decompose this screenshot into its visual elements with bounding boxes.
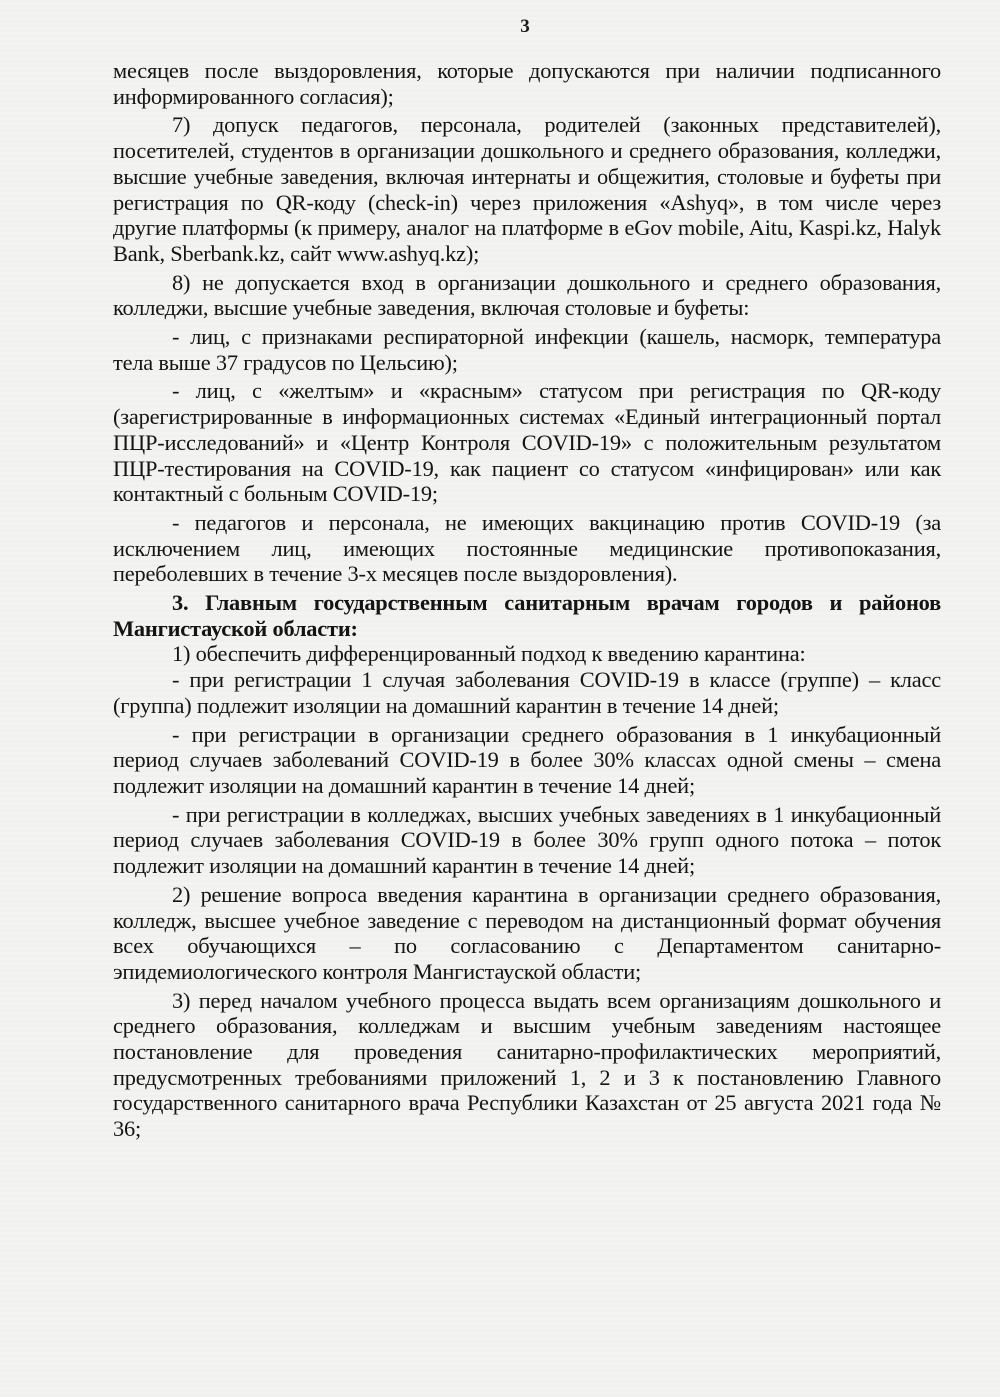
document-body: месяцев после выздоровления, которые доп… xyxy=(113,58,941,1142)
scanned-page: 3 месяцев после выздоровления, которые д… xyxy=(0,0,1000,1397)
section-3-item-1-class: - при регистрации 1 случая заболевания C… xyxy=(113,667,941,718)
page-number: 3 xyxy=(0,16,1000,38)
section-3-item-3: 3) перед началом учебного процесса выдат… xyxy=(113,988,941,1142)
list-item-8-qr-status: - лиц, с «желтым» и «красным» статусом п… xyxy=(113,378,941,507)
list-item-8-respiratory: - лиц, с признаками респираторной инфекц… xyxy=(113,324,941,375)
section-3-item-2: 2) решение вопроса введения карантина в … xyxy=(113,882,941,985)
paragraph-continued: месяцев после выздоровления, которые доп… xyxy=(113,58,941,109)
section-3-item-1-shift: - при регистрации в организации среднего… xyxy=(113,722,941,799)
list-item-7: 7) допуск педагогов, персонала, родителе… xyxy=(113,112,941,266)
section-3-item-1: 1) обеспечить дифференцированный подход … xyxy=(113,641,941,667)
list-item-8-unvaccinated: - педагогов и персонала, не имеющих вакц… xyxy=(113,510,941,587)
list-item-8: 8) не допускается вход в организации дош… xyxy=(113,270,941,321)
section-3-item-1-stream: - при регистрации в колледжах, высших уч… xyxy=(113,802,941,879)
section-3-heading: 3. Главным государственным санитарным вр… xyxy=(113,590,941,641)
